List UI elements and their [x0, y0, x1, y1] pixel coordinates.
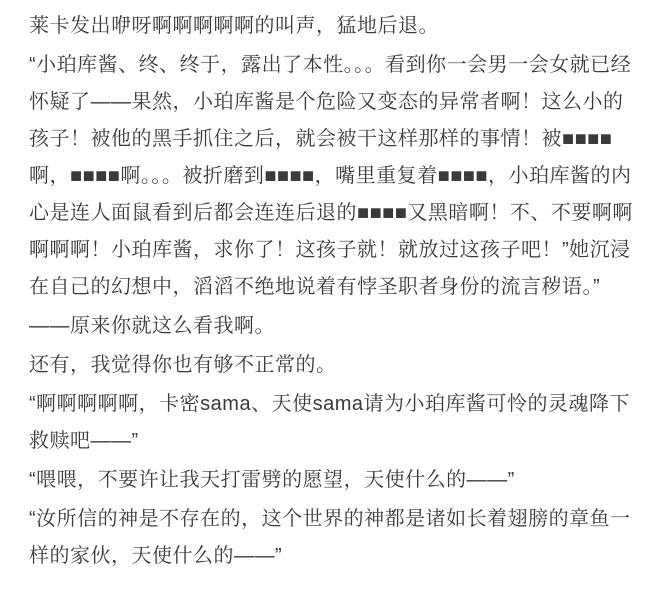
paragraph-narration-1: 莱卡发出咿呀啊啊啊啊啊的叫声，猛地后退。	[29, 8, 634, 45]
paragraph-inner-thought-1: ——原来你就这么看我啊。	[29, 308, 634, 345]
paragraph-inner-thought-2: 还有，我觉得你也有够不正常的。	[29, 347, 634, 384]
paragraph-dialogue-3: “喂喂，不要许让我天打雷劈的愿望，天使什么的——”	[29, 462, 634, 499]
novel-text-page: 莱卡发出咿呀啊啊啊啊啊的叫声，猛地后退。 “小珀库酱、终、终于，露出了本性。。。…	[0, 0, 660, 590]
paragraph-dialogue-1: “小珀库酱、终、终于，露出了本性。。。看到你一会男一会女就已经怀疑了——果然，小…	[29, 47, 634, 306]
paragraph-dialogue-2: “啊啊啊啊啊，卡密sama、天使sama请为小珀库酱可怜的灵魂降下救赎吧——”	[29, 386, 634, 460]
paragraph-dialogue-4: “汝所信的神是不存在的，这个世界的神都是诸如长着翅膀的章鱼一样的家伙，天使什么的…	[29, 501, 634, 575]
